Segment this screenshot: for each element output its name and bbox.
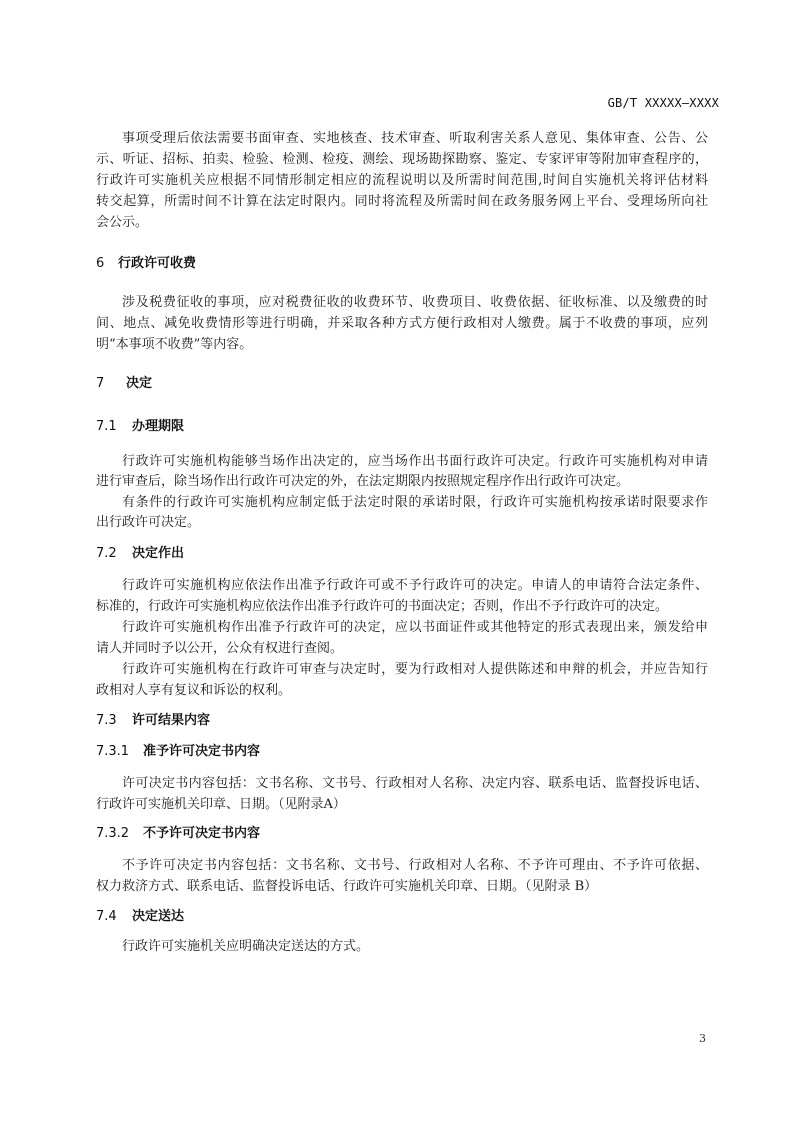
- paragraph-line: 进行审查后，除当场作出行政许可决定的外，在法定期限内按照规定程序作出行政许可决定…: [96, 471, 708, 492]
- section-title: 准予许可决定书内容: [143, 744, 260, 759]
- paragraph-line: 有条件的行政许可实施机构应制定低于法定时限的承诺时限，行政许可实施机构按承诺时限…: [122, 492, 708, 513]
- paragraph-line: 涉及税费征收的事项，应对税费征收的收费环节、收费项目、收费依据、征收标准、以及缴…: [122, 292, 708, 313]
- paragraph-line: 行政许可实施机构作出准予行政许可的决定，应以书面证件或其他特定的形式表现出来，颁…: [122, 617, 708, 638]
- section-number: 6: [96, 254, 118, 274]
- paragraph-line: 事项受理后依法需要书面审查、实地核查、技术审查、听取利害关系人意见、集体审查、公…: [122, 128, 708, 149]
- section-title: 不予许可决定书内容: [143, 826, 260, 841]
- section-number: 7.4: [96, 907, 132, 927]
- section-title: 决定: [126, 376, 152, 391]
- section-heading-6: 6行政许可收费: [96, 254, 196, 274]
- section-title: 决定送达: [132, 909, 184, 924]
- section-heading-7-2: 7.2决定作出: [96, 544, 184, 564]
- paragraph-line: 许可决定书内容包括：文书名称、文书号、行政相对人名称、决定内容、联系电话、监督投…: [122, 773, 708, 794]
- paragraph-line: 间、地点、减免收费情形等进行明确，并采取各种方式方便行政相对人缴费。属于不收费的…: [96, 313, 708, 334]
- section-number: 7.1: [96, 417, 132, 437]
- paragraph-line: 转交起算，所需时间不计算在法定时限内。同时将流程及所需时间在政务服务网上平台、受…: [96, 191, 708, 212]
- paragraph-line: 行政许可实施机构能够当场作出决定的，应当场作出书面行政许可决定。行政许可实施机构…: [122, 451, 708, 472]
- paragraph-line: 不予许可决定书内容包括：文书名称、文书号、行政相对人名称、不予许可理由、不予许可…: [122, 855, 708, 876]
- section-heading-7-3-1: 7.3.1准予许可决定书内容: [96, 742, 260, 762]
- section-heading-7-3: 7.3许可结果内容: [96, 711, 210, 731]
- section-number: 7: [96, 374, 126, 394]
- paragraph-line: 会公示。: [96, 212, 708, 233]
- section-title: 许可结果内容: [132, 713, 210, 728]
- paragraph-line: 标准的，行政许可实施机构应依法作出准予行政许可的书面决定；否则，作出不予行政许可…: [96, 596, 708, 617]
- paragraph-line: 政相对人享有复议和诉讼的权利。: [96, 680, 708, 701]
- paragraph-line: 行政许可实施机关印章、日期。（见附录A）: [96, 794, 708, 815]
- paragraph-line: 行政许可实施机构应依法作出准予行政许可或不予行政许可的决定。申请人的申请符合法定…: [122, 575, 708, 596]
- section-title: 办理期限: [132, 419, 184, 434]
- paragraph-line: 出行政许可决定。: [96, 512, 708, 533]
- paragraph-line: 明“本事项不收费”等内容。: [96, 334, 708, 355]
- document-code-header: GB/T XXXXX—XXXX: [608, 96, 719, 110]
- section-heading-7-4: 7.4决定送达: [96, 907, 184, 927]
- section-heading-7: 7决定: [96, 374, 152, 394]
- page-number: 3: [699, 1032, 706, 1045]
- section-title: 行政许可收费: [118, 256, 196, 271]
- section-number: 7.3.2: [96, 824, 143, 844]
- section-number: 7.2: [96, 544, 132, 564]
- paragraph-line: 示、听证、招标、拍卖、检验、检测、检疫、测绘、现场勘探勘察、鉴定、专家评审等附加…: [96, 149, 708, 170]
- section-number: 7.3: [96, 711, 132, 731]
- section-title: 决定作出: [132, 546, 184, 561]
- paragraph-line: 行政许可实施机关应根据不同情形制定相应的流程说明以及所需时间范围,时间自实施机关…: [96, 170, 708, 191]
- paragraph-line: 行政许可实施机关应明确决定送达的方式。: [122, 936, 708, 957]
- section-heading-7-3-2: 7.3.2不予许可决定书内容: [96, 824, 260, 844]
- section-number: 7.3.1: [96, 742, 143, 762]
- document-page: GB/T XXXXX—XXXX 事项受理后依法需要书面审查、实地核查、技术审查、…: [0, 0, 793, 1122]
- paragraph-line: 权力救济方式、联系电话、监督投诉电话、行政许可实施机关印章、日期。（见附录 B）: [96, 876, 708, 897]
- section-heading-7-1: 7.1办理期限: [96, 417, 184, 437]
- paragraph-line: 行政许可实施机构在行政许可审查与决定时，要为行政相对人提供陈述和申辩的机会，并应…: [122, 659, 708, 680]
- paragraph-line: 请人并同时予以公开，公众有权进行查阅。: [96, 638, 708, 659]
